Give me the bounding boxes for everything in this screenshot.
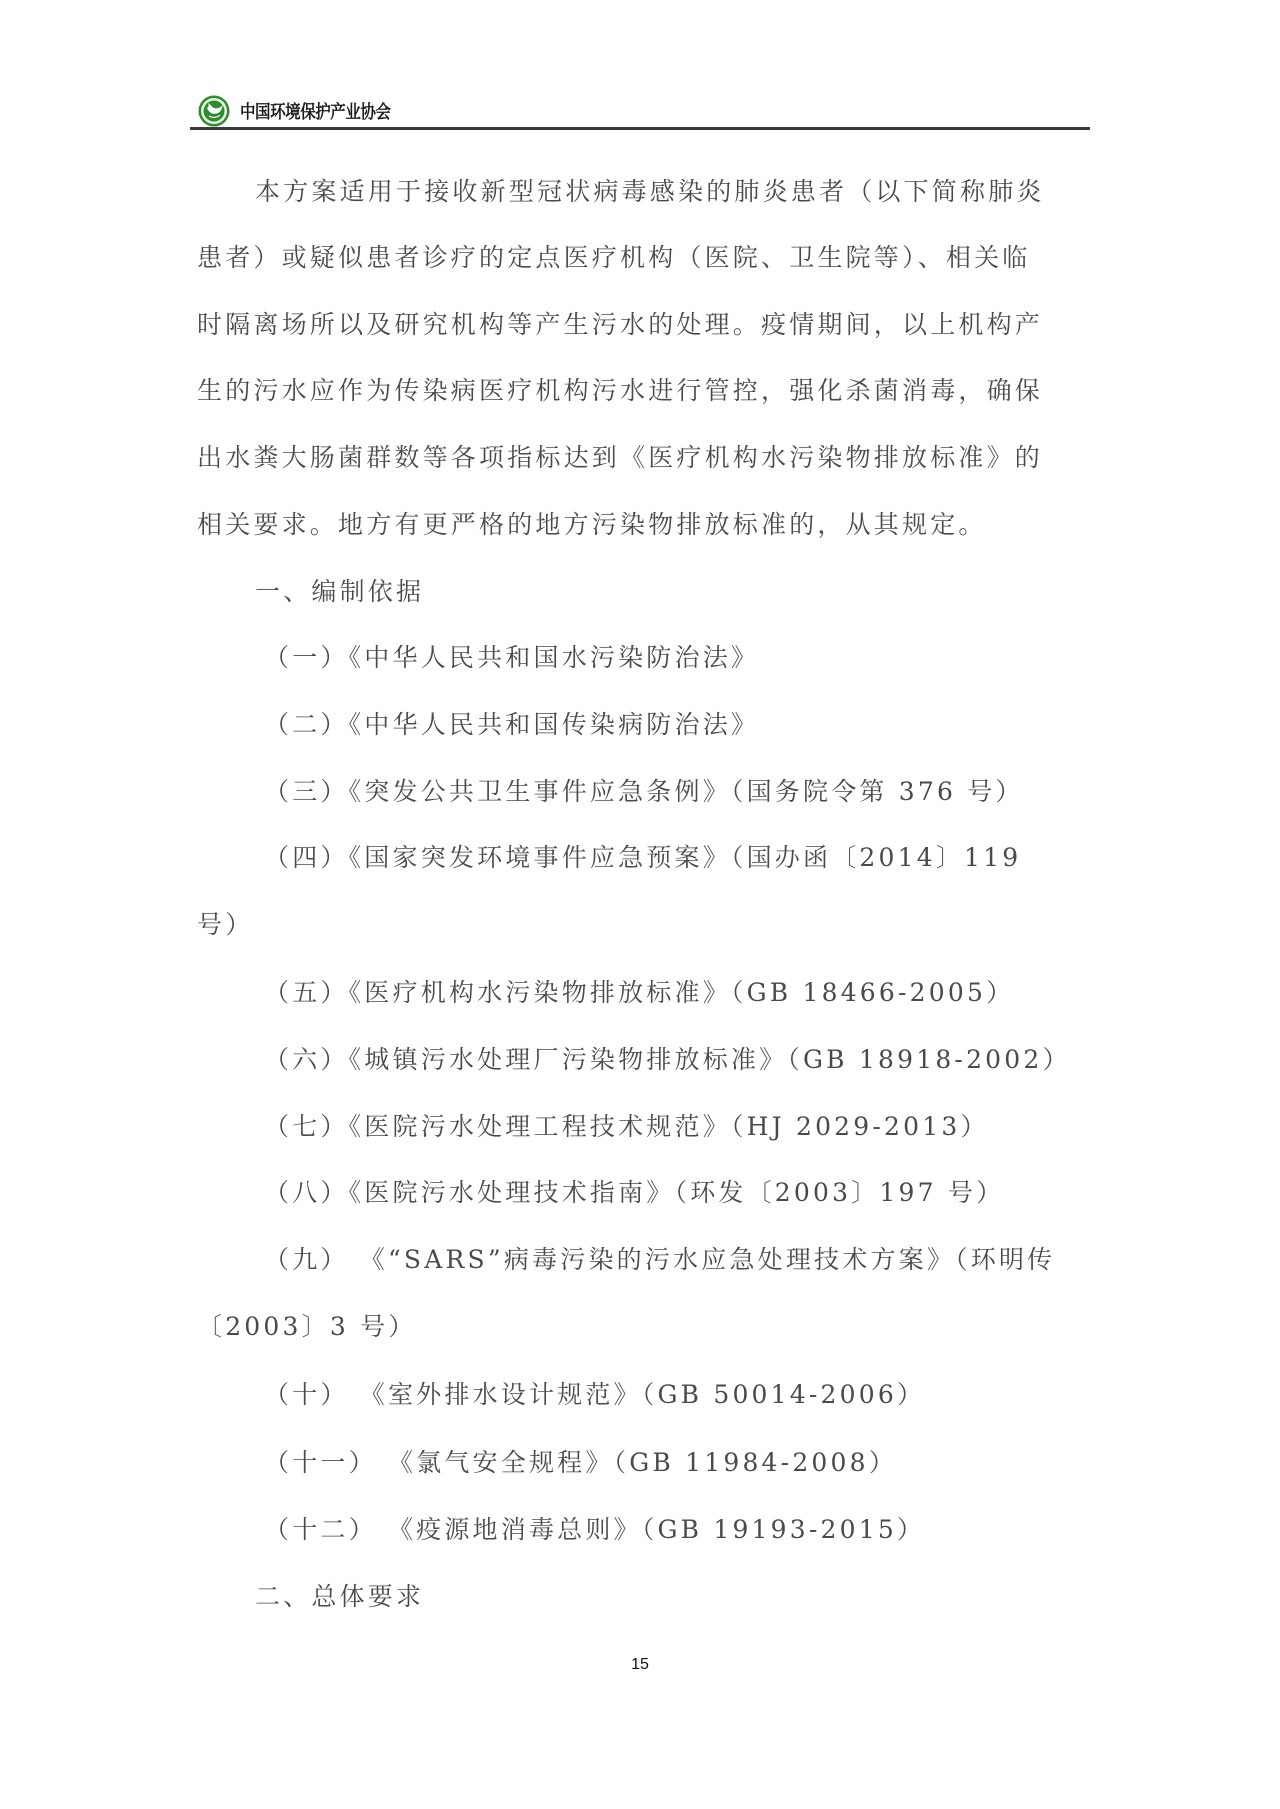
basis-list-item: （三）《突发公共卫生事件应急条例》（国务院令第 376 号） (264, 772, 1144, 812)
basis-list-item: （九） 《“SARS”病毒污染的污水应急处理技术方案》（环明传 (264, 1240, 1144, 1280)
paragraph-line: 出水粪大肠菌群数等各项指标达到《医疗机构水污染物排放标准》的 (197, 438, 1077, 478)
basis-list-item: （六）《城镇污水处理厂污染物排放标准》（GB 18918-2002） (264, 1040, 1144, 1080)
basis-list-item: （一）《中华人民共和国水污染防治法》 (264, 638, 1144, 678)
page-number: 15 (620, 1656, 660, 1674)
basis-list-item: （十二） 《疫源地消毒总则》（GB 19193-2015） (264, 1510, 1144, 1550)
paragraph-line: 时隔离场所以及研究机构等产生污水的处理。疫情期间，以上机构产 (197, 305, 1077, 345)
basis-list-item: （四）《国家突发环境事件应急预案》（国办函〔2014〕119 (264, 838, 1144, 878)
paragraph-line: 患者）或疑似患者诊疗的定点医疗机构（医院、卫生院等）、相关临 (197, 238, 1077, 278)
paragraph-line: 生的污水应作为传染病医疗机构污水进行管控，强化杀菌消毒，确保 (197, 371, 1077, 411)
basis-list-item: （八）《医院污水处理技术指南》（环发〔2003〕197 号） (264, 1173, 1144, 1213)
section-heading: 二、总体要求 (255, 1577, 1135, 1617)
basis-list-item-continuation: 〔2003〕3 号） (197, 1307, 1077, 1347)
page-header: 中国环境保护产业协会 (190, 92, 1090, 128)
basis-list-item: （十一） 《氯气安全规程》（GB 11984-2008） (264, 1443, 1144, 1483)
basis-list-item: （五）《医疗机构水污染物排放标准》（GB 18466-2005） (264, 973, 1144, 1013)
basis-list-item: （十） 《室外排水设计规范》（GB 50014-2006） (264, 1375, 1144, 1415)
paragraph-line: 相关要求。地方有更严格的地方污染物排放标准的，从其规定。 (197, 505, 1077, 545)
header-divider (190, 127, 1090, 130)
paragraph-line: 本方案适用于接收新型冠状病毒感染的肺炎患者（以下简称肺炎 (255, 172, 1135, 212)
basis-list-item: （二）《中华人民共和国传染病防治法》 (264, 705, 1144, 745)
document-page: 中国环境保护产业协会 本方案适用于接收新型冠状病毒感染的肺炎患者（以下简称肺炎 … (0, 0, 1280, 1809)
association-logo-icon (198, 95, 230, 127)
basis-list-item: （七）《医院污水处理工程技术规范》（HJ 2029-2013） (264, 1107, 1144, 1147)
section-heading: 一、编制依据 (255, 572, 1135, 612)
basis-list-item-continuation: 号） (197, 905, 1077, 945)
organization-name: 中国环境保护产业协会 (240, 98, 391, 124)
